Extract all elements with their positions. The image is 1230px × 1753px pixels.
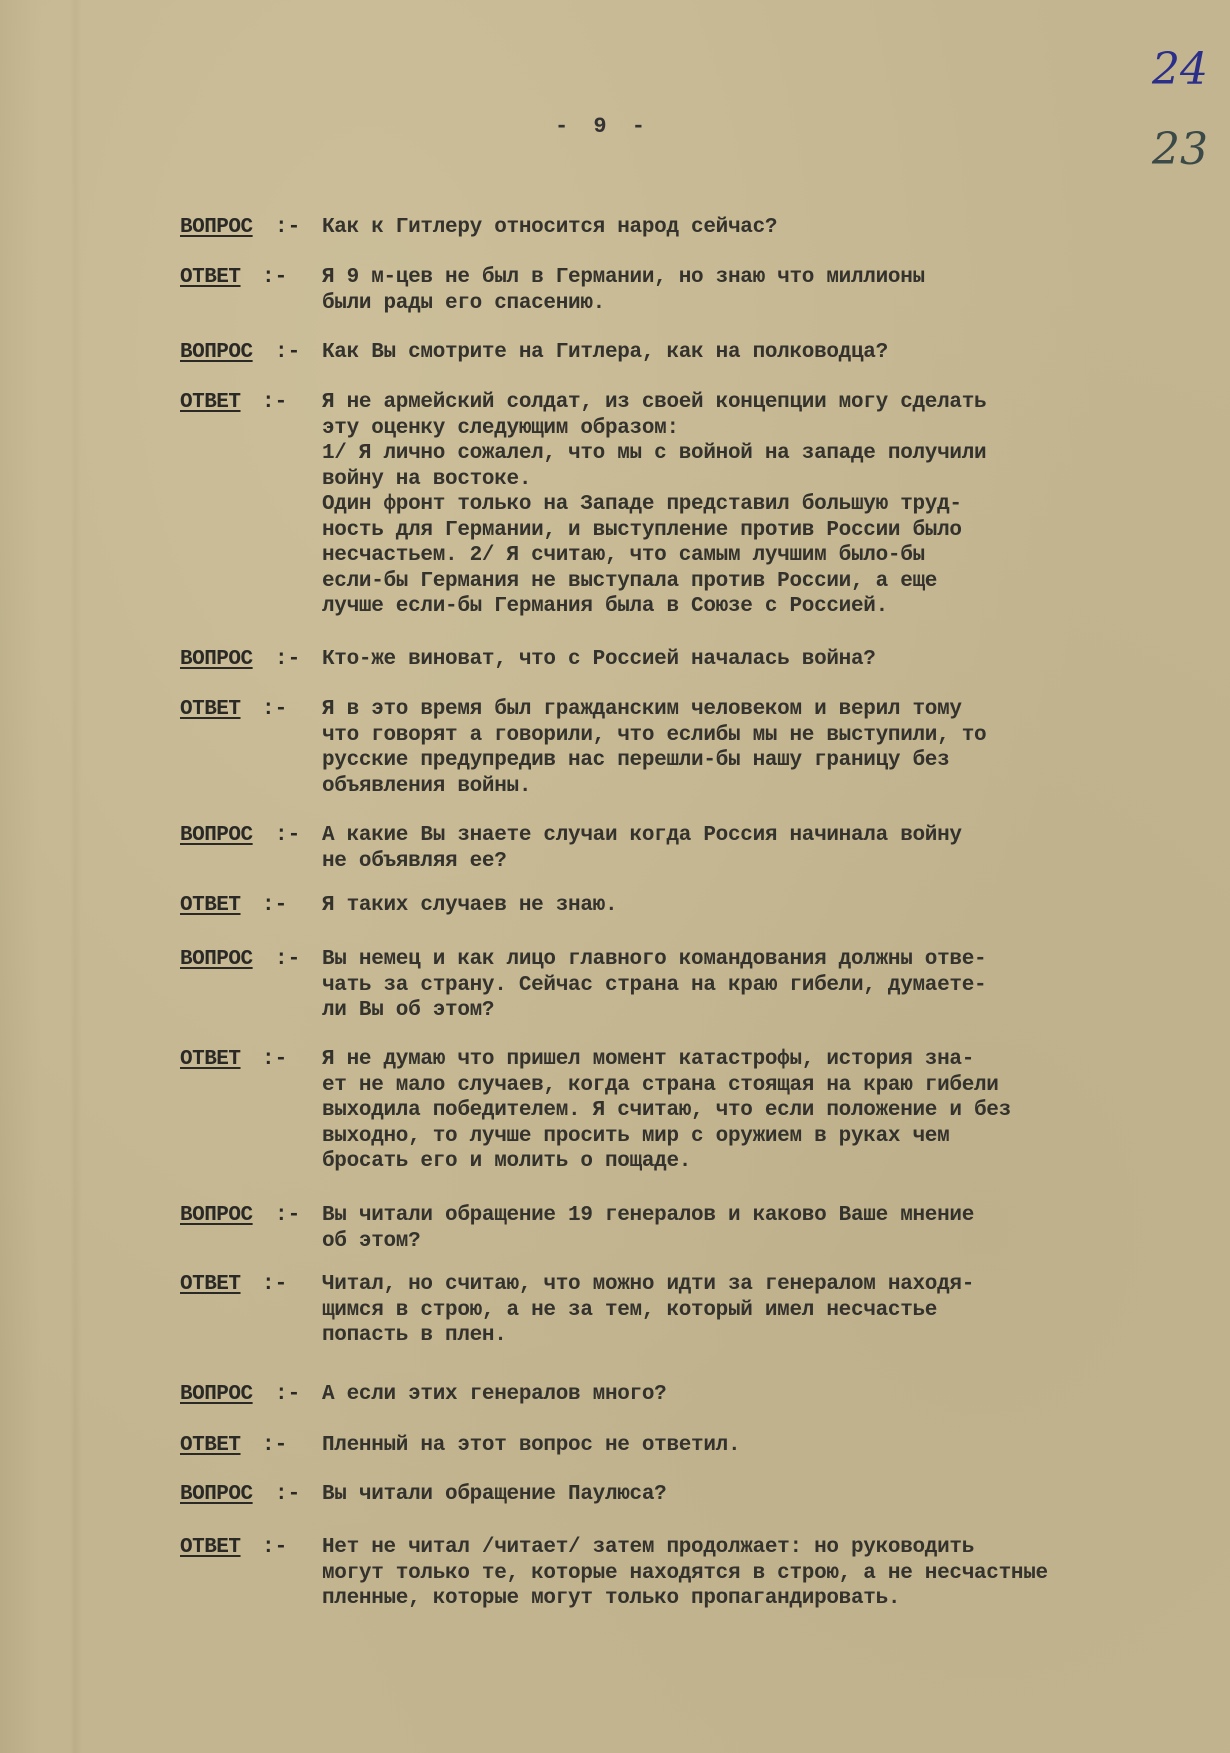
archive-sheet-number-previous: 23 (1140, 128, 1220, 172)
answer-label: ОТВЕТ (180, 1535, 241, 1560)
label-separator: :- (275, 340, 300, 365)
question-text: Как Вы смотрите на Гитлера, как на полко… (322, 340, 1182, 366)
answer-label: ОТВЕТ (180, 390, 241, 415)
answer-label: ОТВЕТ (180, 1272, 241, 1297)
question-label: ВОПРОС (180, 215, 253, 240)
question-label: ВОПРОС (180, 823, 253, 848)
question-text: А какие Вы знаете случаи когда Россия на… (322, 823, 1182, 874)
label-separator: :- (262, 1535, 287, 1560)
question-text: Как к Гитлеру относится народ сейчас? (322, 215, 1182, 241)
question-text: Кто-же виноват, что с Россией началась в… (322, 647, 1182, 673)
question-label: ВОПРОС (180, 340, 253, 365)
question-text: А если этих генералов много? (322, 1382, 1182, 1408)
label-separator: :- (275, 1482, 300, 1507)
label-separator: :- (275, 647, 300, 672)
answer-text: Читал, но считаю, что можно идти за гене… (322, 1272, 1182, 1349)
label-separator: :- (262, 697, 287, 722)
label-separator: :- (275, 1203, 300, 1228)
answer-text: Пленный на этот вопрос не ответил. (322, 1433, 1182, 1459)
answer-text: Нет не читал /читает/ затем продолжает: … (322, 1535, 1182, 1612)
answer-text: Я 9 м-цев не был в Германии, но знаю что… (322, 265, 1182, 316)
answer-text: Я не думаю что пришел момент катастрофы,… (322, 1047, 1182, 1175)
label-separator: :- (262, 390, 287, 415)
question-text: Вы немец и как лицо главного командовани… (322, 947, 1182, 1024)
answer-label: ОТВЕТ (180, 1047, 241, 1072)
label-separator: :- (262, 1047, 287, 1072)
question-label: ВОПРОС (180, 647, 253, 672)
answer-text: Я таких случаев не знаю. (322, 893, 1182, 919)
label-separator: :- (262, 893, 287, 918)
question-label: ВОПРОС (180, 947, 253, 972)
label-separator: :- (275, 1382, 300, 1407)
question-label: ВОПРОС (180, 1382, 253, 1407)
answer-text: Я не армейский солдат, из своей концепци… (322, 390, 1182, 620)
label-separator: :- (262, 1272, 287, 1297)
label-separator: :- (262, 1433, 287, 1458)
question-text: Вы читали обращение 19 генералов и каков… (322, 1203, 1182, 1254)
answer-label: ОТВЕТ (180, 1433, 241, 1458)
answer-label: ОТВЕТ (180, 697, 241, 722)
question-text: Вы читали обращение Паулюса? (322, 1482, 1182, 1508)
question-label: ВОПРОС (180, 1482, 253, 1507)
answer-text: Я в это время был гражданским человеком … (322, 697, 1182, 799)
page-number: - 9 - (555, 114, 651, 139)
answer-label: ОТВЕТ (180, 265, 241, 290)
label-separator: :- (262, 265, 287, 290)
question-label: ВОПРОС (180, 1203, 253, 1228)
answer-label: ОТВЕТ (180, 893, 241, 918)
label-separator: :- (275, 823, 300, 848)
archive-sheet-number-current: 24 (1140, 48, 1220, 92)
label-separator: :- (275, 947, 300, 972)
label-separator: :- (275, 215, 300, 240)
